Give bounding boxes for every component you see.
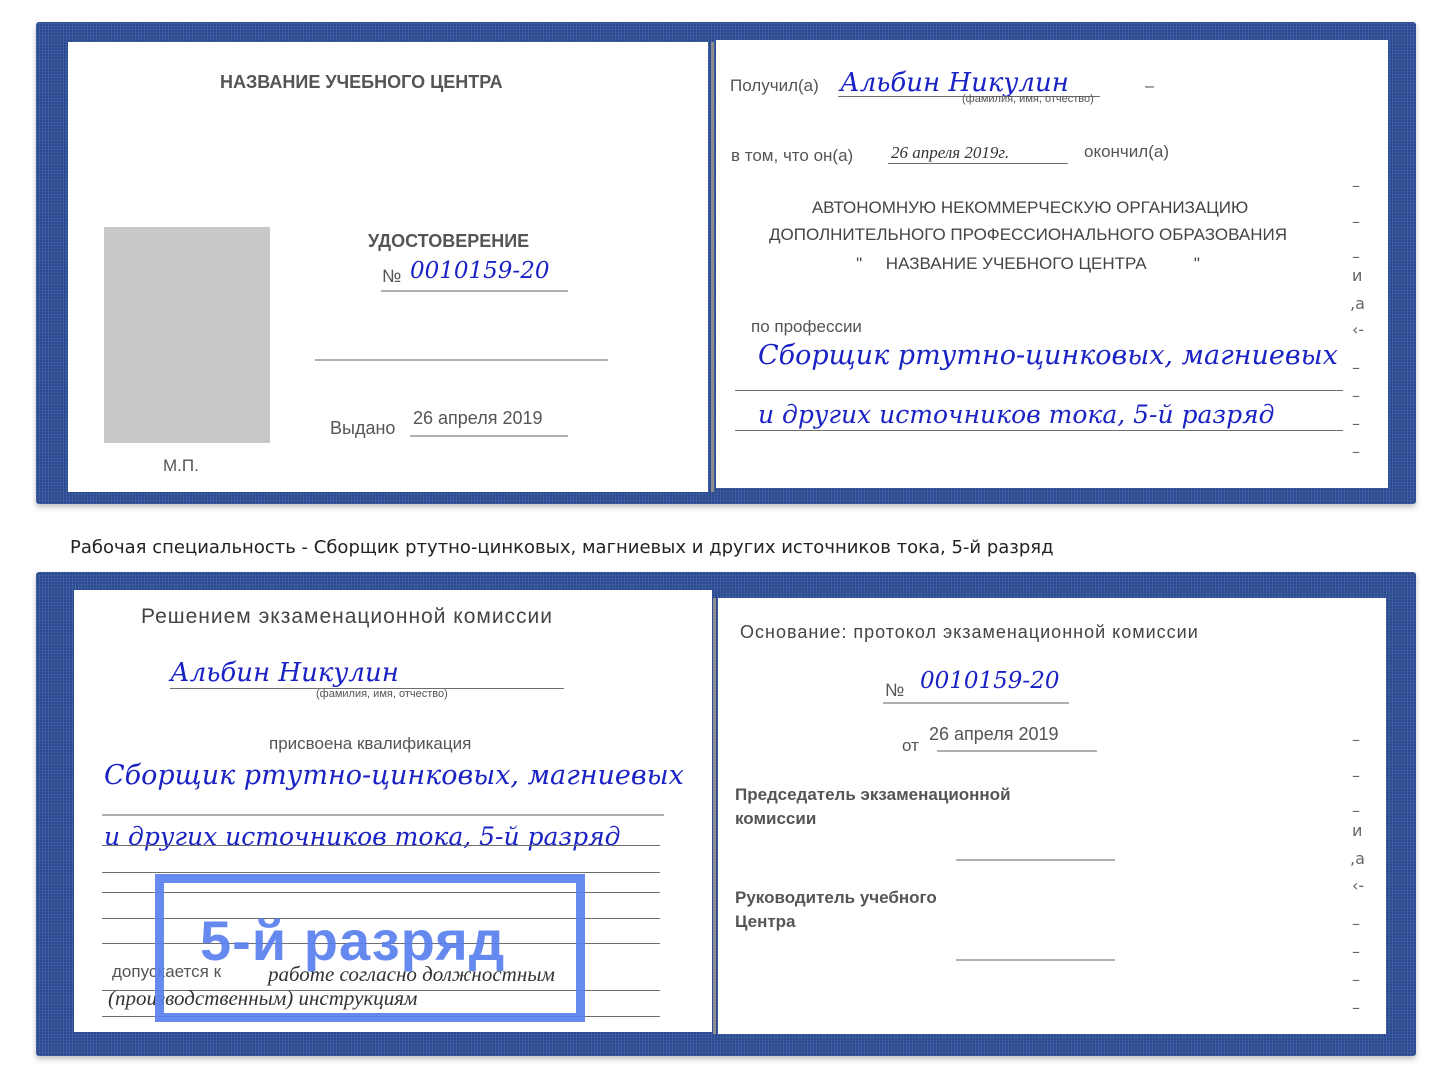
qualification-line-1: Сборщик ртутно-цинковых, магниевых: [104, 760, 684, 791]
issued-underline: [410, 435, 568, 437]
edge-mark: ,а: [1350, 294, 1365, 313]
recipient-dash: –: [1145, 78, 1154, 96]
edge-mark: –: [1352, 970, 1360, 989]
completion-underline: [888, 163, 1068, 164]
completion-date: 26 апреля 2019г.: [891, 143, 1009, 163]
qualification-underline-1: [102, 814, 664, 816]
recipient-name-hint: (фамилия, имя, отчество): [962, 93, 1094, 105]
chairman-label-2: комиссии: [735, 809, 816, 829]
edge-mark: –: [1352, 176, 1360, 195]
edge-mark: –: [1352, 942, 1360, 961]
issued-label: Выдано: [330, 418, 395, 439]
head-signature-line: [956, 959, 1115, 961]
edge-mark: –: [1352, 730, 1360, 749]
edge-mark: –: [1352, 247, 1360, 266]
edge-mark: –: [1352, 998, 1360, 1017]
edge-mark: ‹-: [1352, 876, 1364, 895]
blank-line: [315, 359, 608, 361]
protocol-date-underline: [937, 750, 1097, 752]
person-name: Альбин Никулин: [170, 658, 399, 688]
bottom-right-page: [718, 598, 1386, 1034]
org-line-1: АВТОНОМНУЮ НЕКОММЕРЧЕСКУЮ ОРГАНИЗАЦИЮ: [0, 198, 1448, 218]
qualification-line-2: и других источников тока, 5-й разряд: [104, 822, 620, 851]
profession-underline-1: [735, 390, 1343, 391]
ruled-line: [102, 845, 660, 846]
org-line-3: " НАЗВАНИЕ УЧЕБНОГО ЦЕНТРА ": [0, 254, 1448, 274]
bottom-spine: [713, 598, 716, 1034]
commission-heading: Решением экзаменационной комиссии: [141, 605, 553, 629]
edge-mark: –: [1352, 212, 1360, 231]
completion-prefix: в том, что он(а): [731, 146, 853, 166]
edge-mark: ‹-: [1352, 320, 1364, 339]
edge-mark: и: [1352, 821, 1362, 840]
protocol-date: 26 апреля 2019: [929, 724, 1059, 745]
chairman-signature-line: [956, 859, 1115, 861]
edge-mark: –: [1352, 386, 1360, 405]
org-line-2: ДОПОЛНИТЕЛЬНОГО ПРОФЕССИОНАЛЬНОГО ОБРАЗО…: [0, 225, 1448, 245]
profession-underline-2: [735, 430, 1343, 431]
protocol-number: 0010159-20: [920, 668, 1059, 694]
head-label-1: Руководитель учебного: [735, 888, 937, 908]
grade-stamp-text: 5-й разряд: [200, 908, 540, 973]
chairman-label-1: Председатель экзаменационной: [735, 785, 1011, 805]
edge-mark: и: [1352, 266, 1362, 285]
specialty-caption-overlay: Рабочая специальность - Сборщик ртутно-ц…: [70, 533, 1130, 563]
protocol-number-label: №: [885, 680, 904, 701]
profession-line-1: Сборщик ртутно-цинковых, магниевых: [758, 340, 1338, 371]
basis-text: Основание: протокол экзаменационной коми…: [740, 622, 1199, 643]
qualification-label: присвоена квалификация: [269, 734, 471, 754]
ruled-line: [102, 872, 660, 873]
edge-mark: –: [1352, 358, 1360, 377]
edge-mark: –: [1352, 914, 1360, 933]
completion-suffix: окончил(а): [1084, 142, 1169, 162]
number-underline: [381, 290, 568, 292]
stamp-place: М.П.: [163, 456, 199, 476]
edge-mark: ,а: [1350, 849, 1365, 868]
head-label-2: Центра: [735, 912, 796, 932]
org-name: НАЗВАНИЕ УЧЕБНОГО ЦЕНТРА: [220, 72, 503, 93]
edge-mark: –: [1352, 801, 1360, 820]
issued-date: 26 апреля 2019: [413, 408, 543, 429]
edge-mark: –: [1352, 442, 1360, 461]
profession-line-2: и других источников тока, 5-й разряд: [758, 400, 1274, 429]
protocol-date-label: от: [902, 736, 919, 756]
edge-mark: –: [1352, 414, 1360, 433]
protocol-number-underline: [883, 702, 1069, 704]
profession-label: по профессии: [751, 317, 862, 337]
edge-mark: –: [1352, 766, 1360, 785]
person-name-hint: (фамилия, имя, отчество): [316, 688, 448, 700]
received-label: Получил(а): [730, 76, 819, 96]
